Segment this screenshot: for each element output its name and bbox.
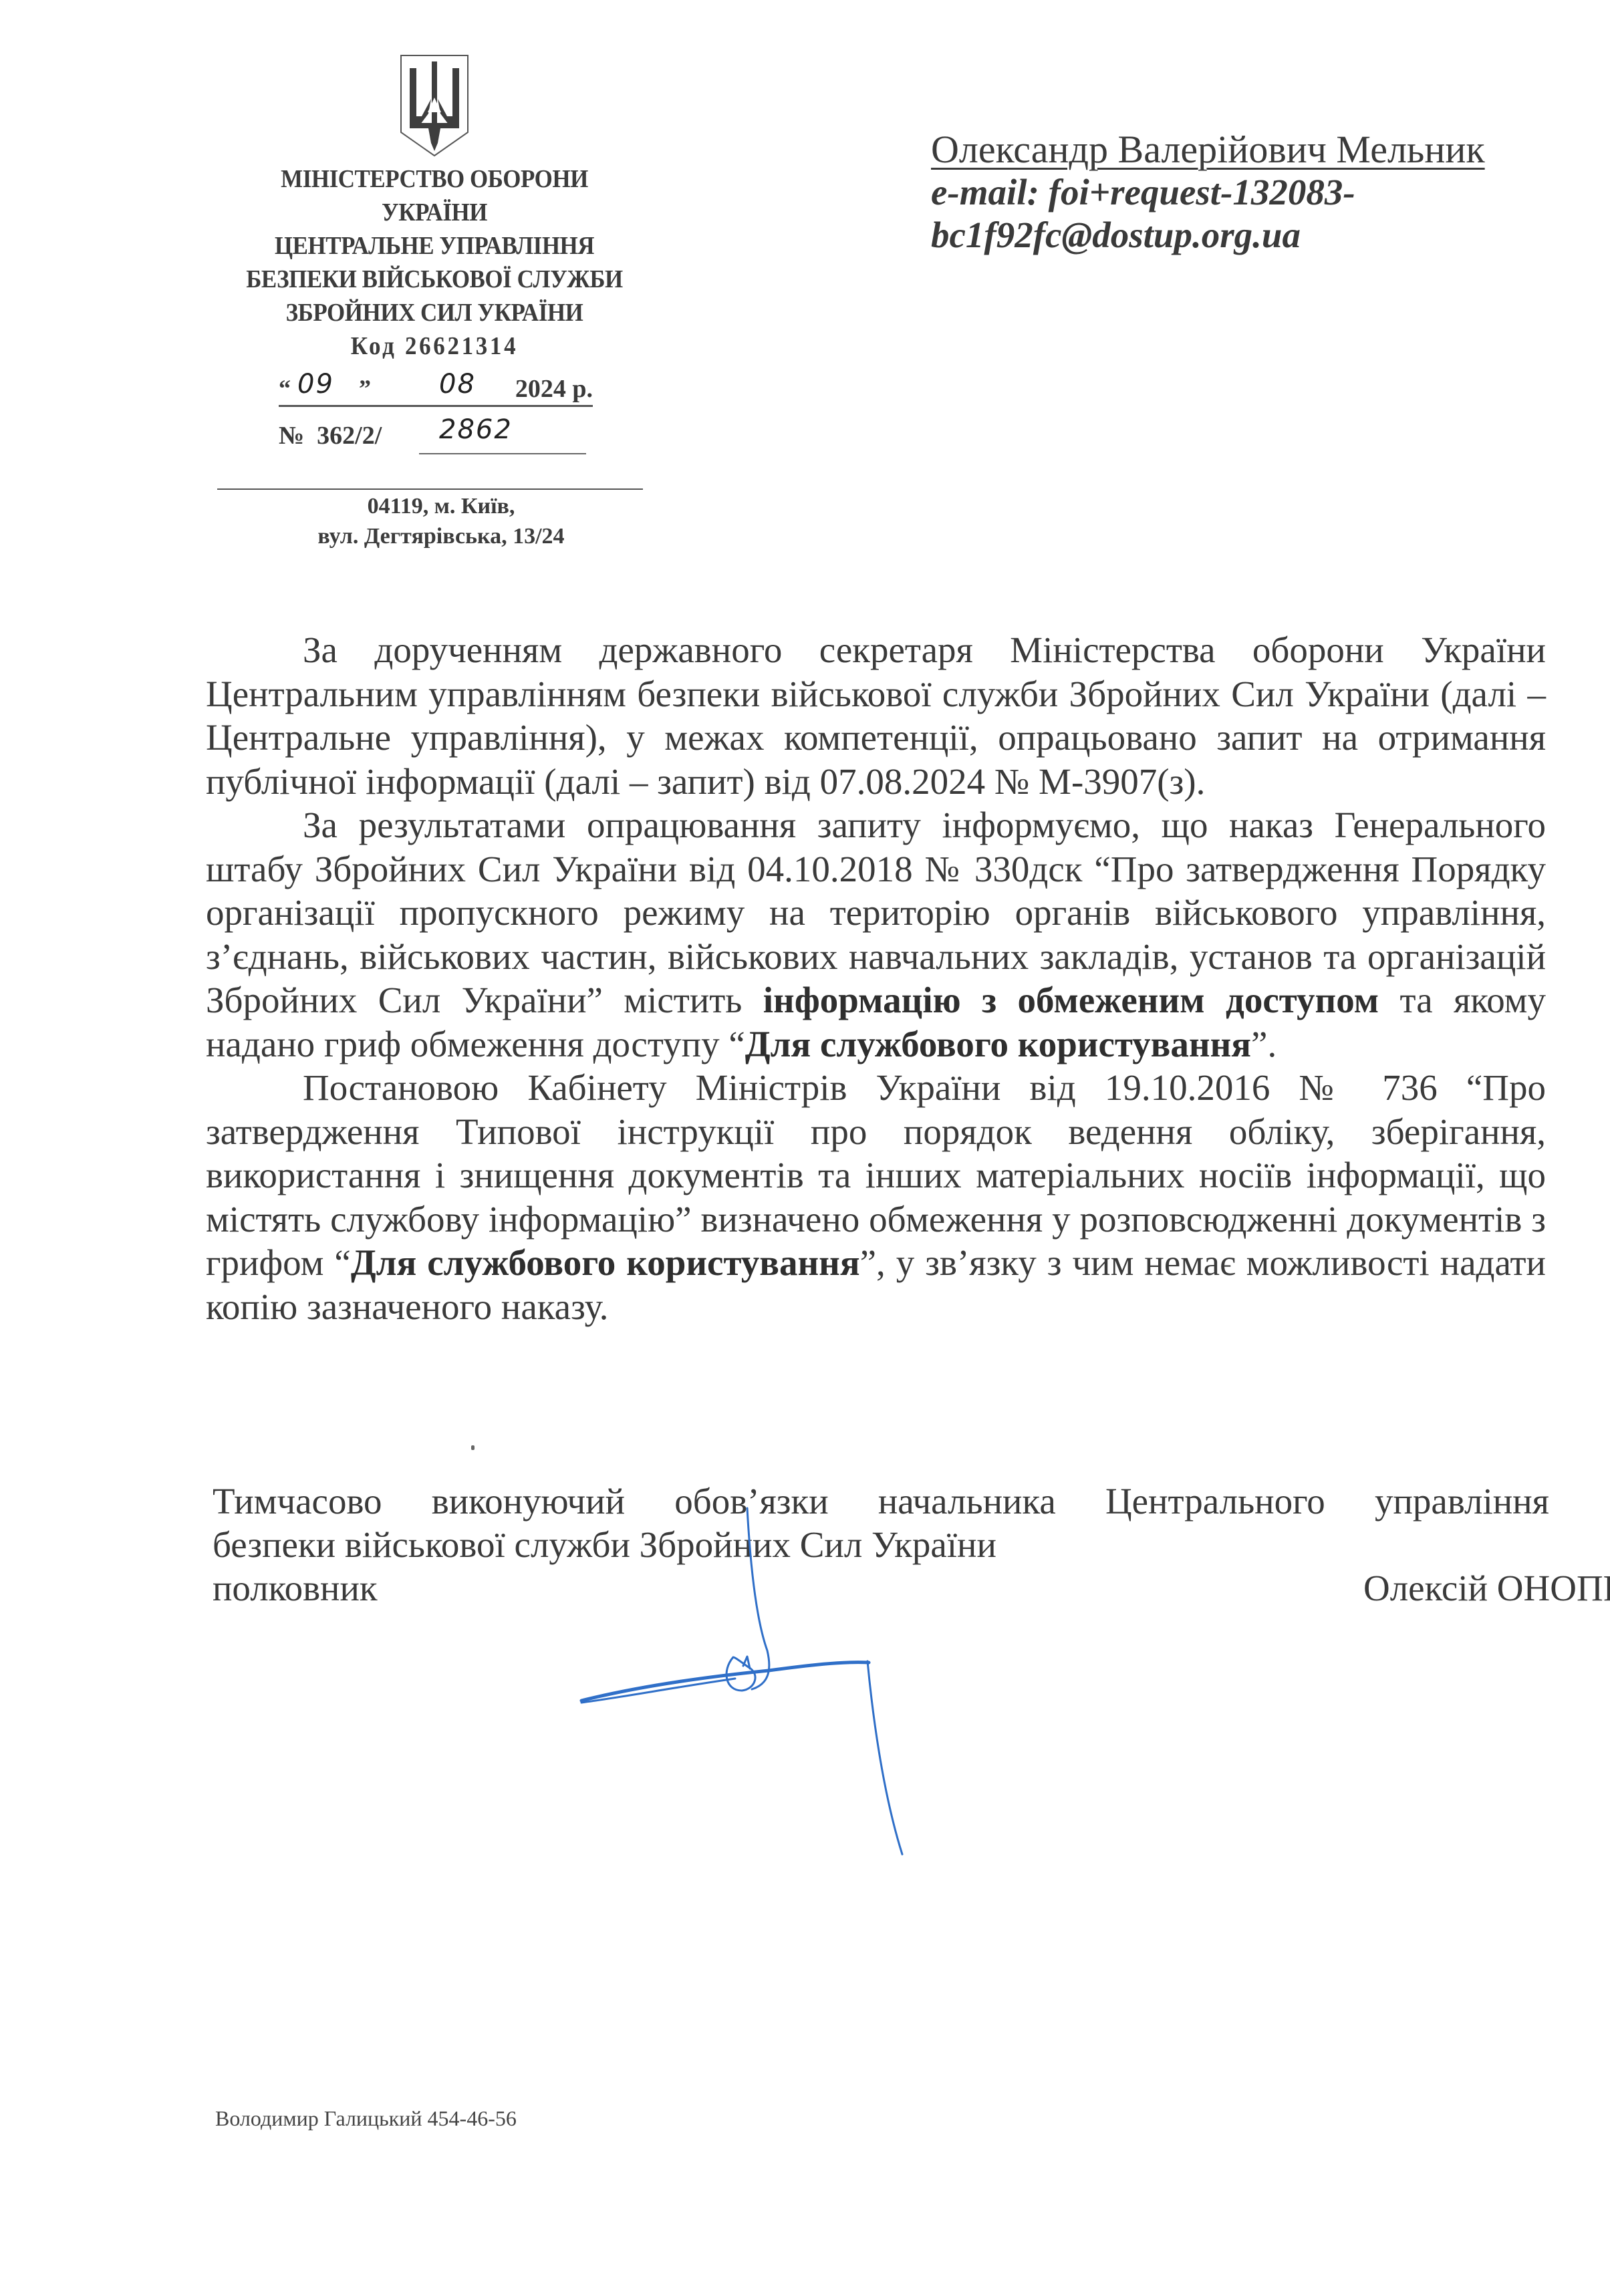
coat-of-arms-icon (399, 53, 470, 158)
sender-org-line: МІНІСТЕРСТВО ОБОРОНИ (213, 162, 656, 196)
position-word: Центрального (1105, 1479, 1325, 1523)
sender-org-header: МІНІСТЕРСТВО ОБОРОНИ УКРАЇНИ ЦЕНТРАЛЬНЕ … (213, 162, 656, 363)
position-word: управління (1375, 1479, 1549, 1523)
body-paragraph: Постановою Кабінету Міністрів України ві… (206, 1066, 1546, 1328)
sender-code: Код 26621314 (213, 329, 656, 363)
date-month: 08 (439, 369, 476, 400)
address-line: вул. Дегтярівська, 13/24 (200, 521, 682, 551)
letter-body: За дорученням державного секретаря Мініс… (206, 628, 1546, 1328)
bold-text: інформацію з обмеженим доступом (763, 980, 1379, 1020)
sender-org-line: ЦЕНТРАЛЬНЕ УПРАВЛІННЯ (213, 229, 656, 263)
date-close-quote: ” (359, 374, 371, 402)
handwritten-signature-icon (568, 1497, 916, 1871)
bold-text: Для службового користування (745, 1024, 1251, 1064)
recipient-name: Олександр Валерійович Мельник (931, 128, 1485, 171)
date-day: 09 (297, 369, 334, 400)
body-paragraph: За дорученням державного секретаря Мініс… (206, 628, 1546, 803)
date-open-quote: “ (279, 374, 291, 402)
number-label: № 362/2/ (279, 421, 382, 450)
sender-address: 04119, м. Київ, вул. Дегтярівська, 13/24 (200, 491, 682, 551)
text-span: ”. (1251, 1024, 1277, 1064)
number-handwritten: 2862 (439, 414, 513, 445)
recipient-email-line: e-mail: foi+request-132083- (931, 171, 1485, 214)
recipient-email-line: bc1f92fc@dostup.org.ua (931, 214, 1485, 257)
date-year: 2024 р. (515, 374, 593, 404)
recipient-block: Олександр Валерійович Мельник e-mail: fo… (931, 128, 1485, 257)
outgoing-number: № 362/2/ 2862 (279, 413, 593, 454)
sender-org-line: УКРАЇНИ (213, 196, 656, 229)
body-paragraph: За результатами опрацювання запиту інфор… (206, 803, 1546, 1066)
number-field: 2862 (419, 413, 586, 454)
address-line: 04119, м. Київ, (200, 491, 682, 521)
executor-contact: Володимир Галицький 454-46-56 (215, 2106, 517, 2131)
position-word: Тимчасово (213, 1479, 382, 1523)
sender-org-line: БЕЗПЕКИ ВІЙСЬКОВОЇ СЛУЖБИ (213, 263, 656, 296)
header-divider (217, 488, 643, 490)
bold-text: Для службового користування (351, 1242, 860, 1283)
signer-name: Олексій ОНОПРІЄНКО (1363, 1566, 1610, 1610)
scan-speck (471, 1445, 475, 1450)
outgoing-date: “ 09 ” 08 2024 р. (279, 366, 593, 407)
sender-org-line: ЗБРОЙНИХ СИЛ УКРАЇНИ (213, 296, 656, 329)
